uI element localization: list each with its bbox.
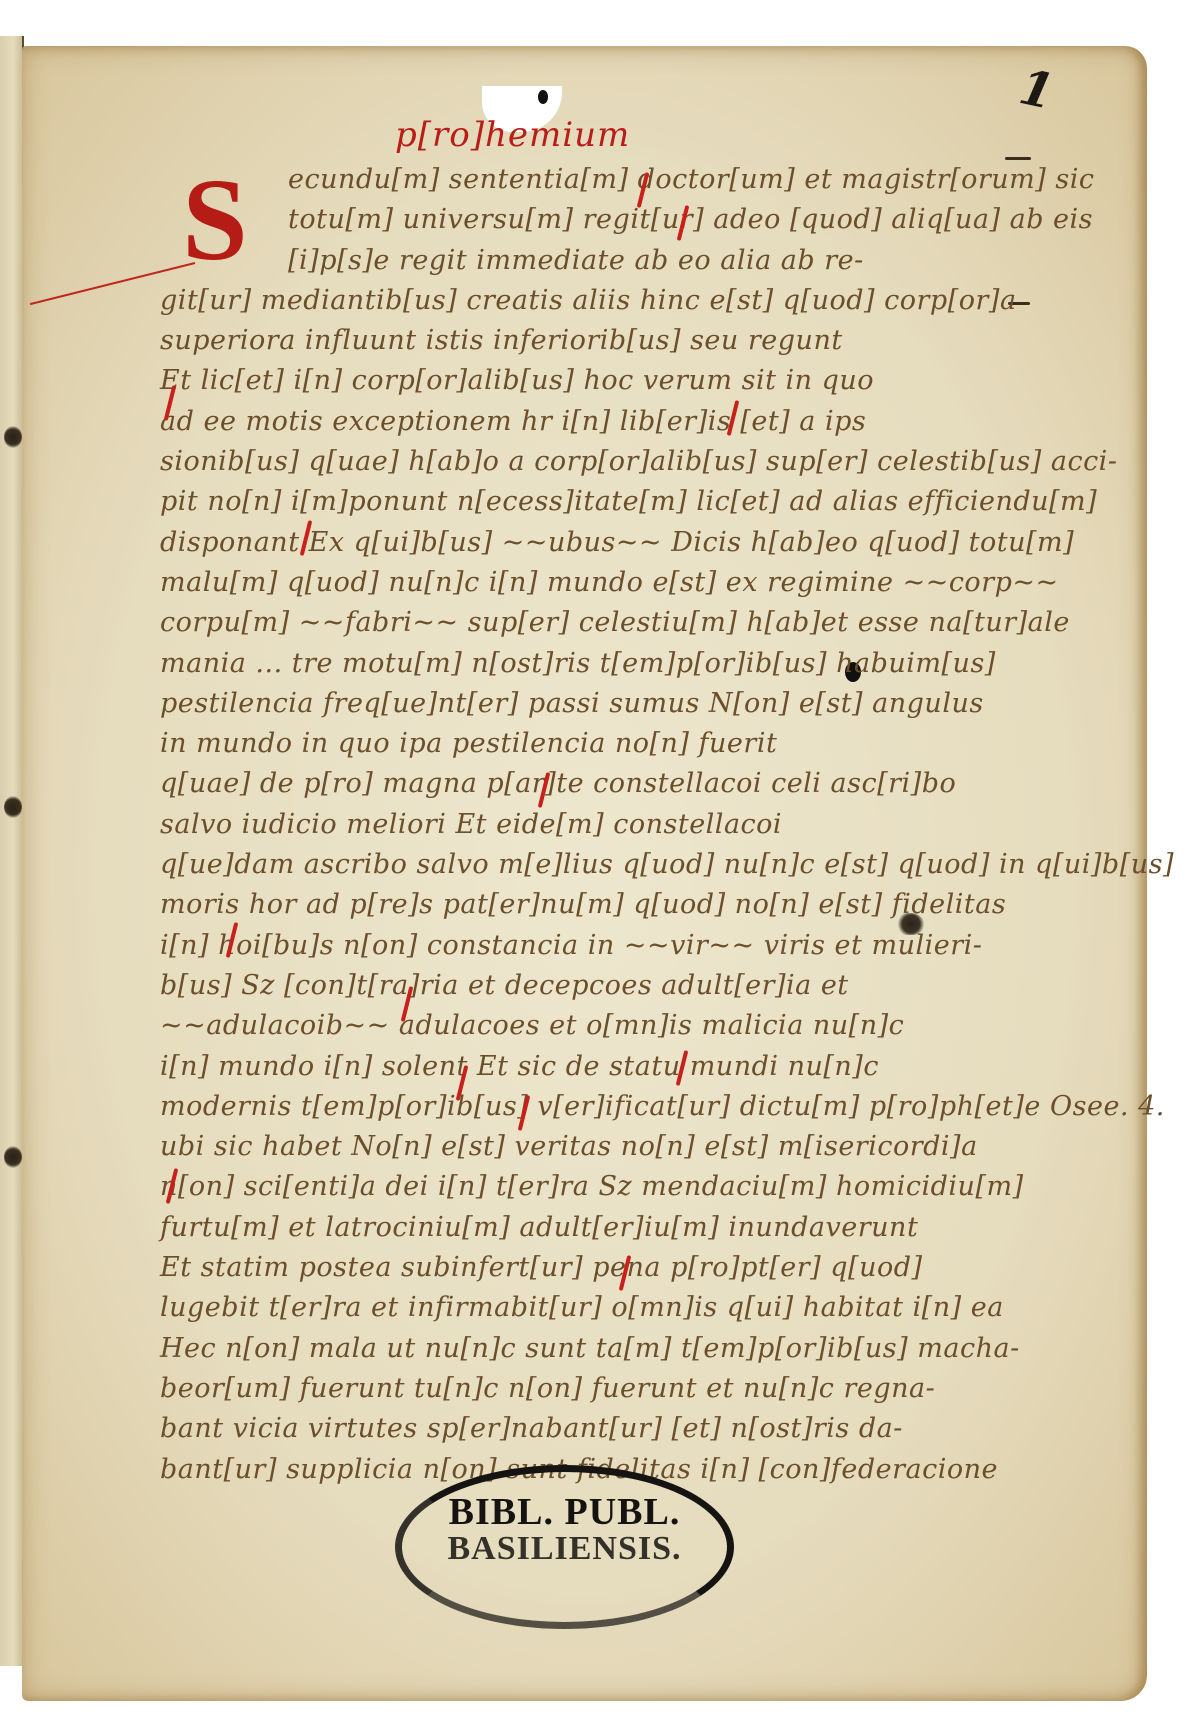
text-line: superiora influunt istis inferiorib[us] … [160,321,880,361]
facing-leaf-edge [0,36,24,1666]
text-line: git[ur] mediantib[us] creatis aliis hinc… [160,281,880,321]
text-line: q[uae] de p[ro] magna p[ar]te constellac… [160,764,880,804]
stamp-text-line-1: BIBL. PUBL. [402,1490,727,1534]
text-line: bant vicia virtutes sp[er]nabant[ur] [et… [160,1409,880,1449]
text-line: i[n] mundo i[n] solent Et sic de statu m… [160,1047,880,1087]
text-line: ecundu[m] sententia[m] doctor[um] et mag… [160,160,880,200]
text-line: b[us] Sz [con]t[ra]ria et decepcoes adul… [160,966,880,1006]
text-line: Et lic[et] i[n] corp[or]alib[us] hoc ver… [160,361,880,401]
text-line: beor[um] fuerunt tu[n]c n[on] fuerunt et… [160,1369,880,1409]
text-line: pit no[n] i[m]ponunt n[ecess]itate[m] li… [160,482,880,522]
text-line: ubi sic habet No[n] e[st] veritas no[n] … [160,1127,880,1167]
text-line: moris hor ad p[re]s pat[er]nu[m] q[uod] … [160,885,880,925]
text-line: salvo iudicio meliori Et eide[m] constel… [160,805,880,845]
text-line: corpu[m] ~~fabri~~ sup[er] celestiu[m] h… [160,603,880,643]
text-line: Et statim postea subinfert[ur] pena p[ro… [160,1248,880,1288]
text-line: [i]p[s]e regit immediate ab eo alia ab r… [160,241,880,281]
text-line: malu[m] q[uod] nu[n]c i[n] mundo e[st] e… [160,563,880,603]
stamp-text-line-2: BASILIENSIS. [402,1530,727,1568]
text-line: Hec n[on] mala ut nu[n]c sunt ta[m] t[em… [160,1329,880,1369]
text-line: mania ... tre motu[m] n[ost]ris t[em]p[o… [160,644,880,684]
binding-stitch [4,796,22,818]
text-line: n[on] sci[enti]a dei i[n] t[er]ra Sz men… [160,1167,880,1207]
binding-stitch [4,1146,22,1168]
text-line: disponant Ex q[ui]b[us] ~~ubus~~ Dicis h… [160,523,880,563]
text-line: furtu[m] et latrociniu[m] adult[er]iu[m]… [160,1208,880,1248]
text-line: ad ee motis exceptionem hr i[n] lib[er]i… [160,402,880,442]
text-line: sionib[us] q[uae] h[ab]o a corp[or]alib[… [160,442,880,482]
text-line: totu[m] universu[m] regit[ur] adeo [quod… [160,200,880,240]
rubric-heading: p[ro]hemium [395,115,630,155]
library-stamp: BIBL. PUBL. BASILIENSIS. [395,1465,734,1629]
ink-dot [538,90,548,104]
manuscript-text: ecundu[m] sententia[m] doctor[um] et mag… [160,160,880,1490]
binding-stitch [4,426,22,448]
text-line: pestilencia freq[ue]nt[er] passi sumus N… [160,684,880,724]
text-line: in mundo in quo ipa pestilencia no[n] fu… [160,724,880,764]
text-line: q[ue]dam ascribo salvo m[e]lius q[uod] n… [160,845,880,885]
text-line: ~~adulacoib~~ adulacoes et o[mn]is malic… [160,1006,880,1046]
text-line: i[n] hoi[bu]s n[on] constancia in ~~vir~… [160,926,880,966]
text-line: lugebit t[er]ra et infirmabit[ur] o[mn]i… [160,1288,880,1328]
margin-mark [1005,157,1031,160]
